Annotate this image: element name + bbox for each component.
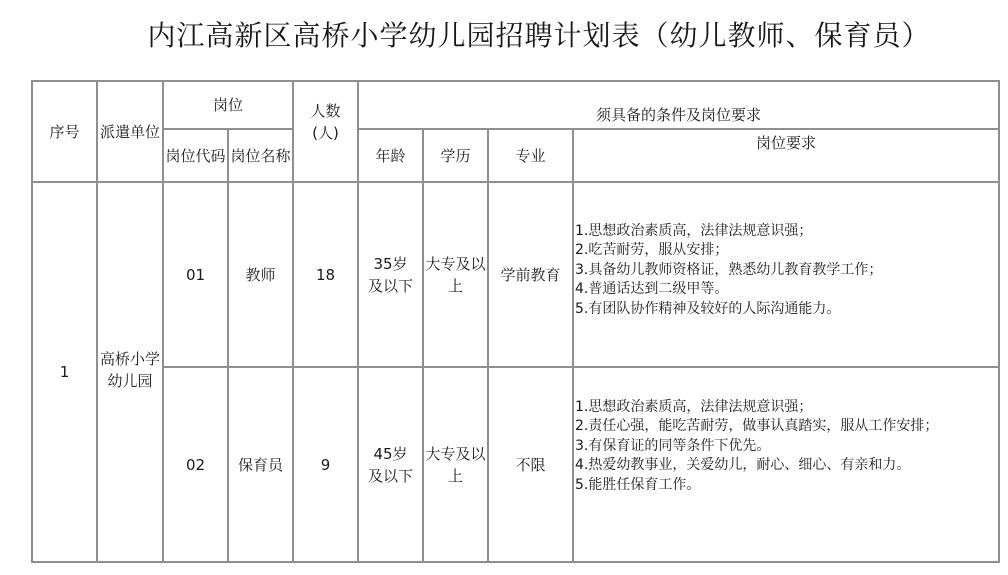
headcount-cell: 18: [294, 183, 357, 366]
age-cell: 35岁 及以下: [359, 183, 422, 366]
header-position-group: 岗位: [164, 82, 292, 128]
headcount-cell: 9: [294, 368, 357, 561]
major-cell: 不限: [489, 368, 572, 561]
requirement-item: 2.吃苦耐劳，服从安排；: [575, 241, 882, 261]
requirement-item: 4.普通话达到二级甲等。: [575, 280, 882, 300]
row-seq: 1: [33, 183, 96, 561]
requirement-item: 5.有团队协作精神及较好的人际沟通能力。: [575, 300, 882, 320]
requirements-list: 1.思想政治素质高，法律法规意识强； 2.责任心强，能吃苦耐劳，做事认真踏实，服…: [575, 398, 938, 496]
education-cell: 大专及以 上: [424, 183, 487, 366]
header-headcount: 人数 (人): [294, 82, 357, 181]
header-position-code: 岗位代码: [162, 130, 229, 181]
requirements-list: 1.思想政治素质高，法律法规意识强； 2.吃苦耐劳，服从安排； 3.具备幼儿教师…: [575, 222, 882, 320]
age-cell: 45岁 及以下: [359, 368, 422, 561]
position-name-cell: 教师: [229, 183, 292, 366]
header-education: 学历: [424, 130, 487, 181]
header-requirements: 岗位要求: [574, 130, 998, 181]
requirement-item: 1.思想政治素质高，法律法规意识强；: [575, 222, 882, 242]
header-age: 年龄: [359, 130, 422, 181]
grid-line: [998, 80, 1000, 563]
requirements-cell: 1.思想政治素质高，法律法规意识强； 2.责任心强，能吃苦耐劳，做事认真踏实，服…: [574, 368, 998, 561]
education-cell: 大专及以 上: [424, 368, 487, 561]
requirements-cell: 1.思想政治素质高，法律法规意识强； 2.吃苦耐劳，服从安排； 3.具备幼儿教师…: [574, 183, 998, 366]
grid-line: [31, 561, 1000, 563]
position-code-cell: 02: [164, 368, 227, 561]
header-position-name: 岗位名称: [227, 130, 294, 181]
header-seq: 序号: [33, 82, 96, 181]
requirement-item: 2.责任心强，能吃苦耐劳，做事认真踏实，服从工作安排；: [575, 417, 938, 437]
requirement-item: 3.有保育证的同等条件下优先。: [575, 437, 938, 457]
header-conditions-group: 须具备的条件及岗位要求: [359, 82, 998, 128]
requirement-item: 4.热爱幼教事业，关爱幼儿，耐心、细心、有亲和力。: [575, 456, 938, 476]
position-code-cell: 01: [164, 183, 227, 366]
header-unit: 派遣单位: [98, 82, 162, 181]
header-major: 专业: [489, 130, 572, 181]
position-name-cell: 保育员: [229, 368, 292, 561]
requirement-item: 1.思想政治素质高，法律法规意识强；: [575, 398, 938, 418]
requirement-item: 5.能胜任保育工作。: [575, 476, 938, 496]
row-unit: 高桥小学 幼儿园: [98, 183, 162, 561]
requirement-item: 3.具备幼儿教师资格证，熟悉幼儿教育教学工作；: [575, 261, 882, 281]
page-title: 内江高新区高桥小学幼儿园招聘计划表（幼儿教师、保育员）: [0, 14, 1008, 54]
major-cell: 学前教育: [489, 183, 572, 366]
